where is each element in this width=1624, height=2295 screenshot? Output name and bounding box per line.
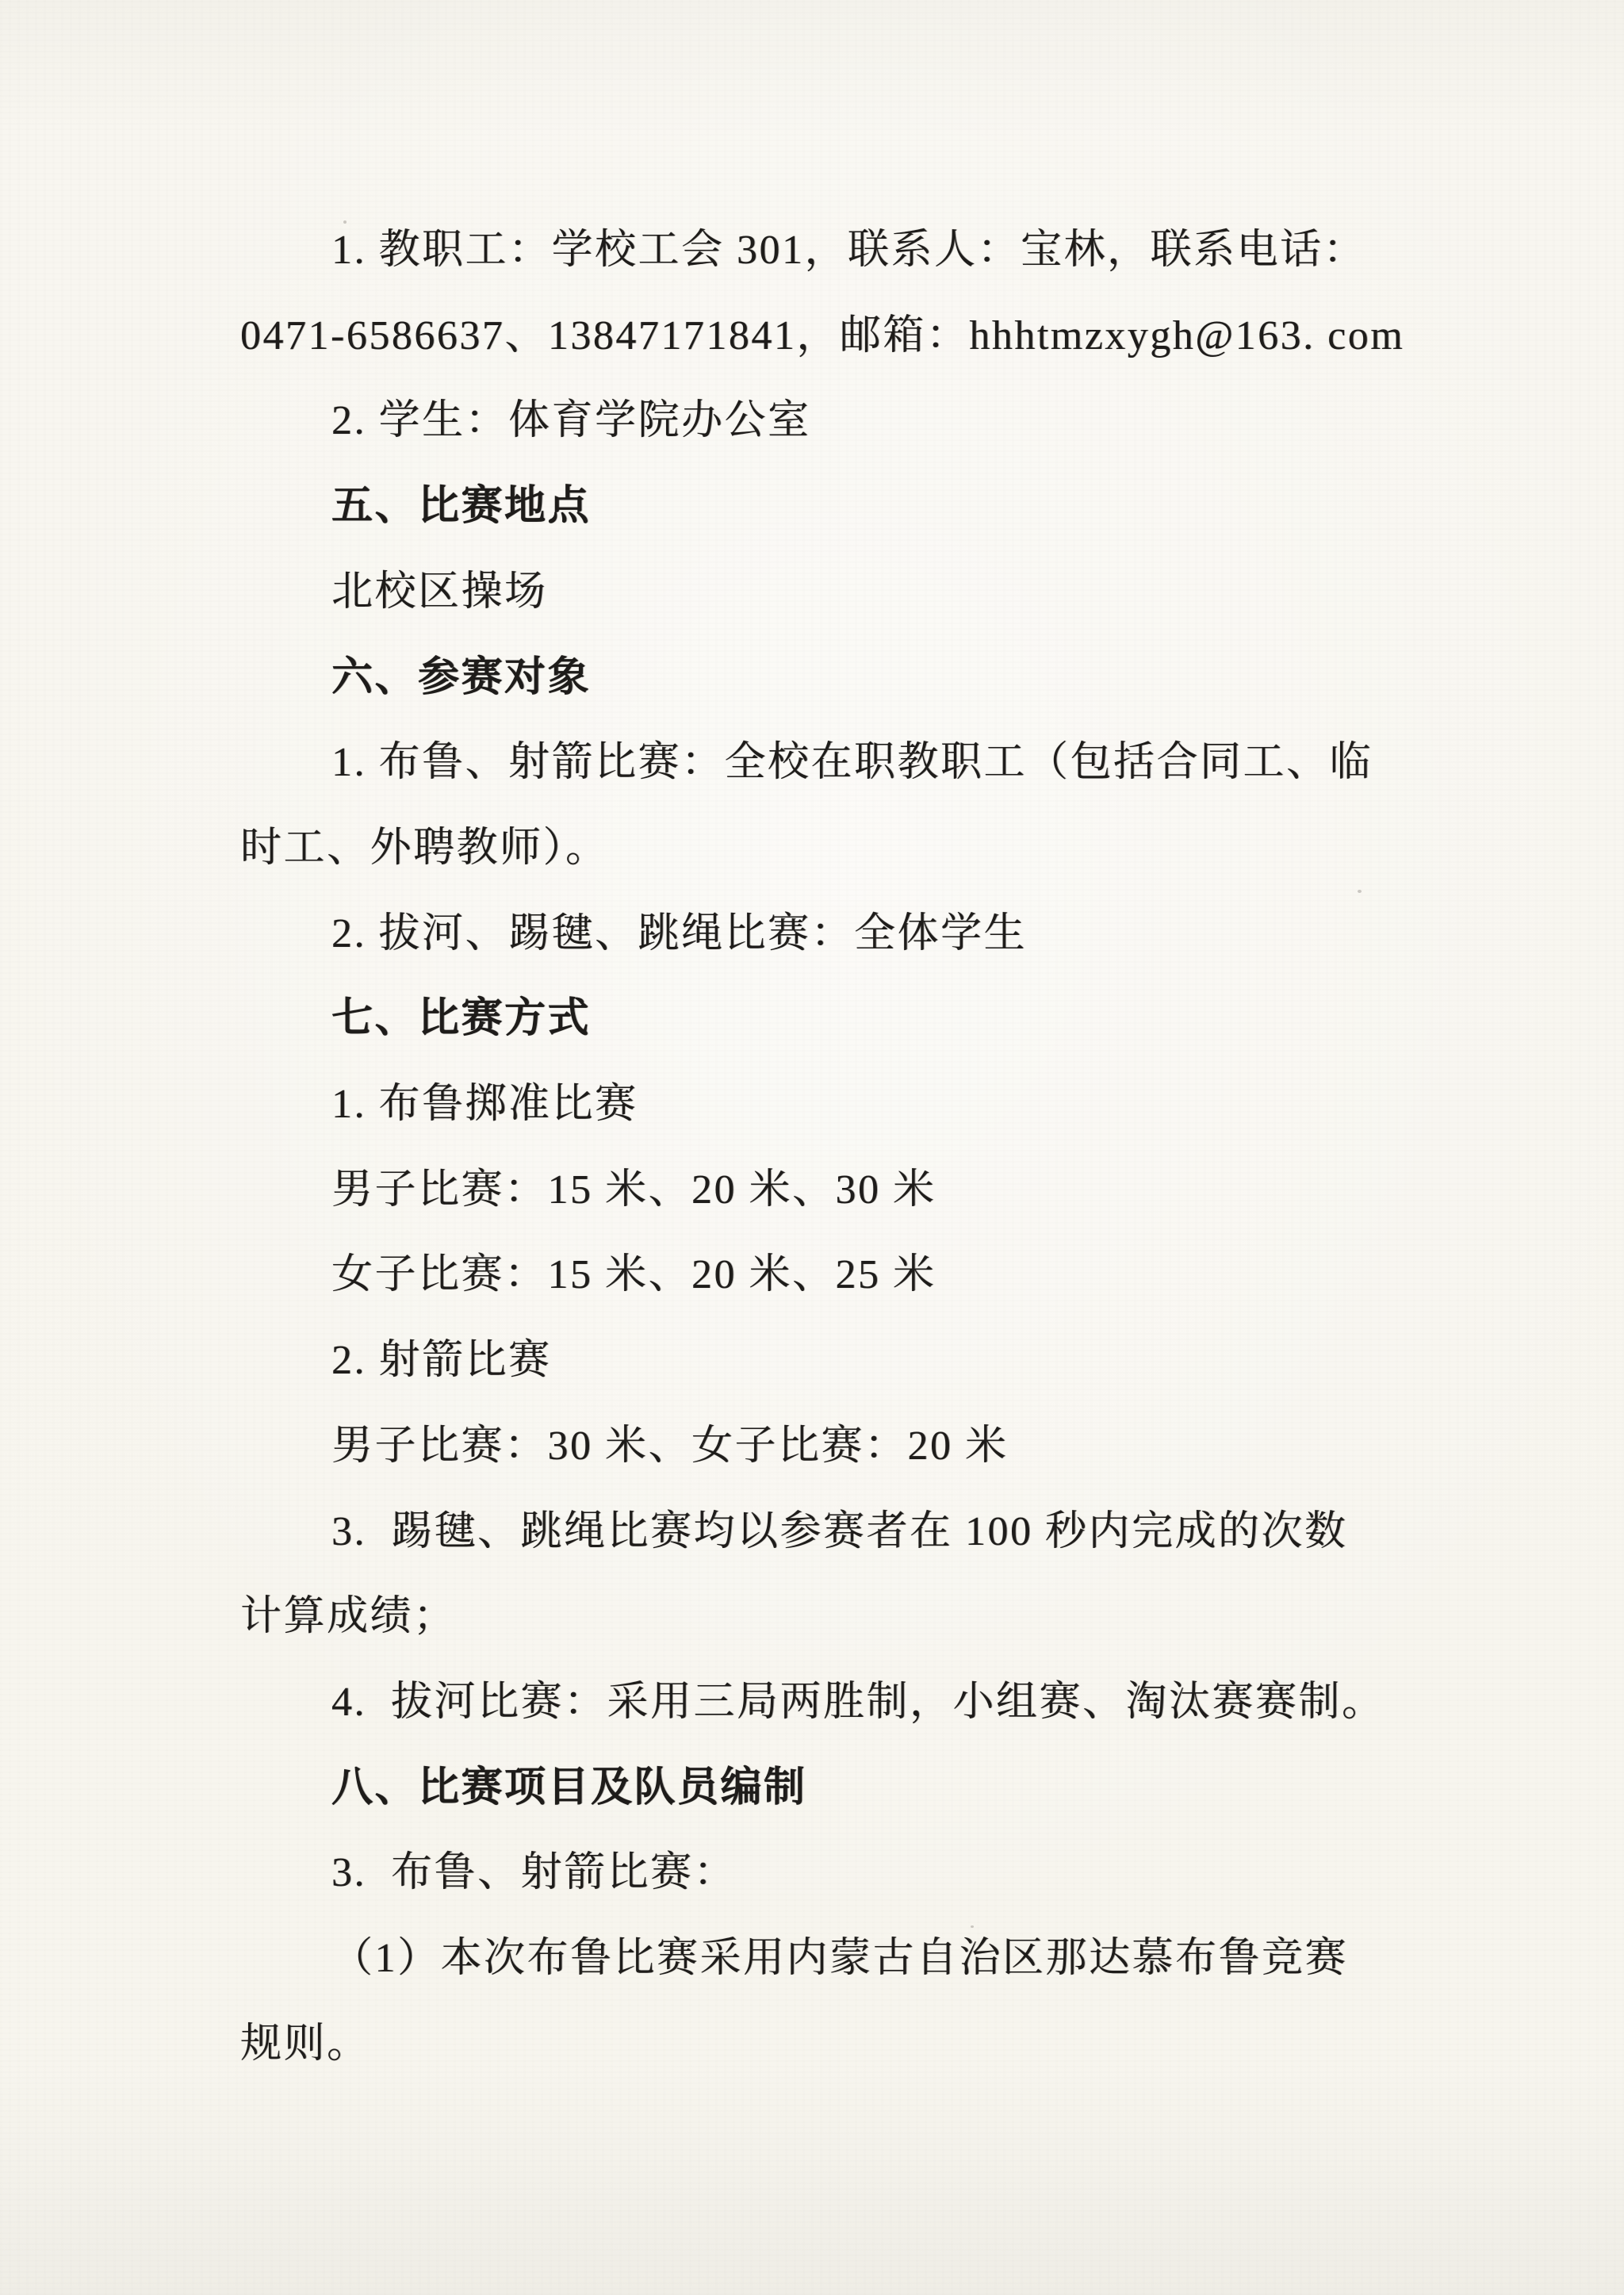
- text-line-18: 4. 拔河比赛：采用三局两胜制，小组赛、淘汰赛赛制。: [331, 1679, 1385, 1726]
- text-line-1: 1. 教职工：学校工会 301，联系人：宝林，联系电话：: [331, 227, 1366, 274]
- scan-speck: [971, 1925, 974, 1928]
- text-line-16: 3. 踢毽、跳绳比赛均以参赛者在 100 秒内完成的次数: [331, 1508, 1348, 1556]
- text-line-13: 女子比赛：15 米、20 米、25 米: [331, 1251, 936, 1299]
- text-line-8: 时工、外聘教师）。: [240, 825, 609, 872]
- text-line-12: 男子比赛：15 米、20 米、30 米: [331, 1167, 936, 1214]
- text-line-11: 1. 布鲁掷准比赛: [331, 1081, 638, 1128]
- text-line-22: 规则。: [240, 2021, 370, 2068]
- text-line-5: 北校区操场: [331, 569, 548, 616]
- text-line-21: （1）本次布鲁比赛采用内蒙古自治区那达慕布鲁竞赛: [331, 1935, 1348, 1983]
- scan-speck: [343, 220, 347, 224]
- heading-line-6: 六、参赛对象: [331, 654, 591, 702]
- text-line-3: 2. 学生：体育学院办公室: [331, 397, 811, 445]
- text-line-17: 计算成绩；: [240, 1593, 457, 1641]
- text-line-14: 2. 射箭比赛: [331, 1337, 552, 1385]
- scanned-document-page: 1. 教职工：学校工会 301，联系人：宝林，联系电话：0471-6586637…: [0, 0, 1624, 2295]
- text-line-7: 1. 布鲁、射箭比赛：全校在职教职工（包括合同工、临: [331, 739, 1373, 787]
- heading-line-19: 八、比赛项目及队员编制: [331, 1764, 807, 1812]
- scan-speck: [1358, 890, 1362, 893]
- text-line-9: 2. 拔河、踢毽、跳绳比赛：全体学生: [331, 910, 1027, 958]
- text-line-15: 男子比赛：30 米、女子比赛：20 米: [331, 1423, 1009, 1470]
- heading-line-4: 五、比赛地点: [331, 483, 591, 531]
- heading-line-10: 七、比赛方式: [331, 995, 591, 1043]
- text-line-20: 3. 布鲁、射箭比赛：: [331, 1849, 737, 1897]
- text-line-2: 0471-6586637、13847171841，邮箱：hhhtmzxygh@1…: [240, 312, 1404, 360]
